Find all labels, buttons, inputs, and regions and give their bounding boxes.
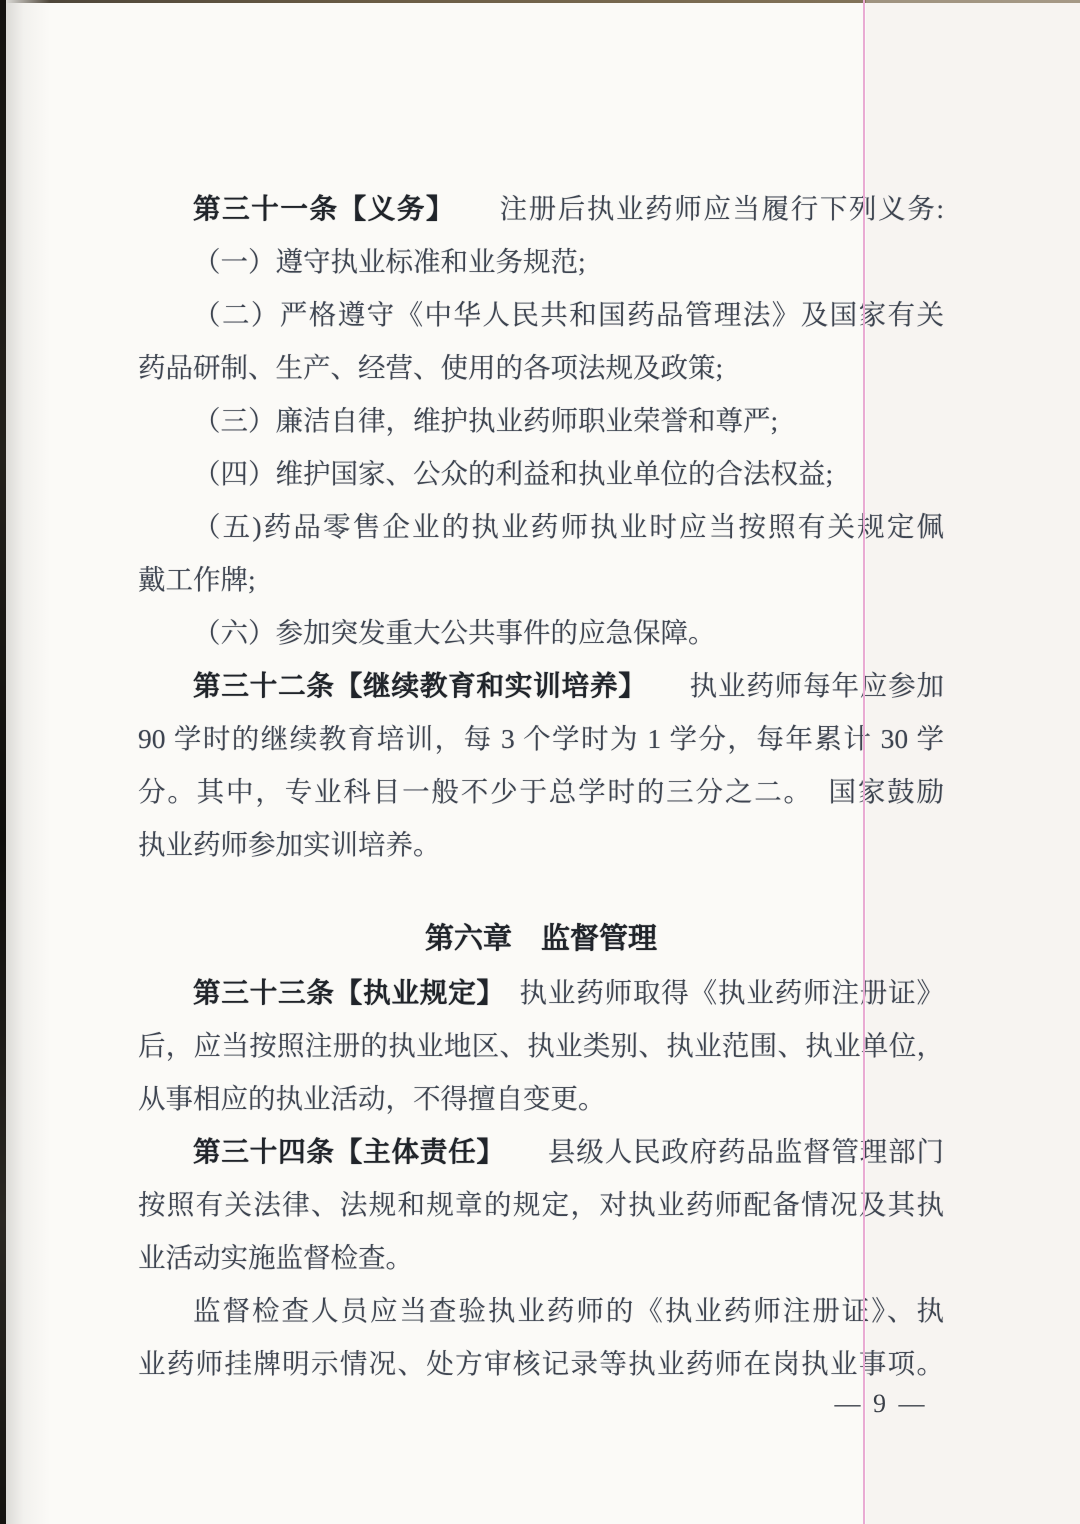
text-segment: （五)药品零售企业的执业药师执业时应当按照有关规定佩 bbox=[193, 511, 944, 542]
article-heading-segment: 第三十四条【主体责任】 bbox=[193, 1136, 491, 1167]
text-line: 第三十三条【执业规定】 执业药师取得《执业药师注册证》 bbox=[138, 966, 944, 1019]
text-line: （五)药品零售企业的执业药师执业时应当按照有关规定佩 bbox=[138, 500, 944, 553]
text-segment: （四）维护国家、公众的利益和执业单位的合法权益; bbox=[193, 458, 833, 489]
text-segment: 戴工作牌; bbox=[138, 564, 256, 595]
text-line: 后，应当按照注册的执业地区、执业类别、执业范围、执业单位， bbox=[138, 1019, 944, 1072]
text-segment: （三）廉洁自律，维护执业药师职业荣誉和尊严; bbox=[193, 405, 778, 436]
text-segment: 分。其中，专业科目一般不少于总学时的三分之二。 国家鼓励 bbox=[138, 776, 944, 807]
page-number: — 9 — bbox=[826, 1384, 936, 1424]
text-line: （二）严格遵守《中华人民共和国药品管理法》及国家有关 bbox=[138, 288, 944, 341]
text-line: （三）廉洁自律，维护执业药师职业荣誉和尊严; bbox=[138, 394, 944, 447]
text-line: （一）遵守执业标准和业务规范; bbox=[138, 235, 944, 288]
text-segment: 后，应当按照注册的执业地区、执业类别、执业范围、执业单位， bbox=[138, 1030, 944, 1061]
scan-left-gradient bbox=[6, 0, 50, 1524]
text-line: 第三十二条【继续教育和实训培养】 执业药师每年应参加 bbox=[138, 659, 944, 712]
text-line: （四）维护国家、公众的利益和执业单位的合法权益; bbox=[138, 447, 944, 500]
text-line: 第三十一条【义务】 注册后执业药师应当履行下列义务: bbox=[138, 182, 944, 235]
text-segment: 注册后执业药师应当履行下列义务: bbox=[441, 193, 944, 224]
text-segment: 药品研制、生产、经营、使用的各项法规及政策; bbox=[138, 352, 723, 383]
article-heading-segment: 第六章 监督管理 bbox=[425, 923, 657, 955]
chapter-heading: 第六章 监督管理 bbox=[138, 913, 944, 966]
text-line: 第三十四条【主体责任】 县级人民政府药品监督管理部门 bbox=[138, 1125, 944, 1178]
text-line: 按照有关法律、法规和规章的规定，对执业药师配备情况及其执 bbox=[138, 1178, 944, 1231]
text-line: （六）参加突发重大公共事件的应急保障。 bbox=[138, 606, 944, 659]
text-line: 分。其中，专业科目一般不少于总学时的三分之二。 国家鼓励 bbox=[138, 765, 944, 818]
document-body-text: 第三十一条【义务】 注册后执业药师应当履行下列义务:（一）遵守执业标准和业务规范… bbox=[138, 182, 944, 1390]
article-heading-segment: 第三十一条【义务】 bbox=[193, 193, 441, 224]
text-line: 执业药师参加实训培养。 bbox=[138, 818, 944, 871]
text-line: 监督检查人员应当查验执业药师的《执业药师注册证》、执 bbox=[138, 1284, 944, 1337]
text-segment: 执业药师每年应参加 bbox=[633, 670, 944, 701]
text-segment: 县级人民政府药品监督管理部门 bbox=[491, 1136, 944, 1167]
text-line: 业活动实施监督检查。 bbox=[138, 1231, 944, 1284]
article-heading-segment: 第三十三条【执业规定】 bbox=[193, 977, 491, 1008]
text-segment: （六）参加突发重大公共事件的应急保障。 bbox=[193, 617, 716, 648]
text-segment: 业药师挂牌明示情况、处方审核记录等执业药师在岗执业事项。 bbox=[138, 1348, 944, 1379]
text-segment: （二）严格遵守《中华人民共和国药品管理法》及国家有关 bbox=[193, 299, 944, 330]
text-segment: 执业药师参加实训培养。 bbox=[138, 829, 441, 860]
text-line: 从事相应的执业活动，不得擅自变更。 bbox=[138, 1072, 944, 1125]
article-heading-segment: 第三十二条【继续教育和实训培养】 bbox=[193, 670, 633, 701]
text-segment: 业活动实施监督检查。 bbox=[138, 1242, 413, 1273]
scanned-document-page: 第三十一条【义务】 注册后执业药师应当履行下列义务:（一）遵守执业标准和业务规范… bbox=[0, 0, 1080, 1524]
text-line: 戴工作牌; bbox=[138, 553, 944, 606]
text-segment: 90 学时的继续教育培训，每 3 个学时为 1 学分，每年累计 30 学 bbox=[138, 723, 944, 754]
text-segment: 按照有关法律、法规和规章的规定，对执业药师配备情况及其执 bbox=[138, 1189, 944, 1220]
text-segment: 执业药师取得《执业药师注册证》 bbox=[491, 977, 944, 1008]
vertical-binding-line bbox=[863, 0, 865, 1524]
text-line: 90 学时的继续教育培训，每 3 个学时为 1 学分，每年累计 30 学 bbox=[138, 712, 944, 765]
text-segment: 监督检查人员应当查验执业药师的《执业药师注册证》、执 bbox=[193, 1295, 944, 1326]
text-line: 业药师挂牌明示情况、处方审核记录等执业药师在岗执业事项。 bbox=[138, 1337, 944, 1390]
text-segment: （一）遵守执业标准和业务规范; bbox=[193, 246, 586, 277]
text-segment: 从事相应的执业活动，不得擅自变更。 bbox=[138, 1083, 606, 1114]
text-line: 药品研制、生产、经营、使用的各项法规及政策; bbox=[138, 341, 944, 394]
